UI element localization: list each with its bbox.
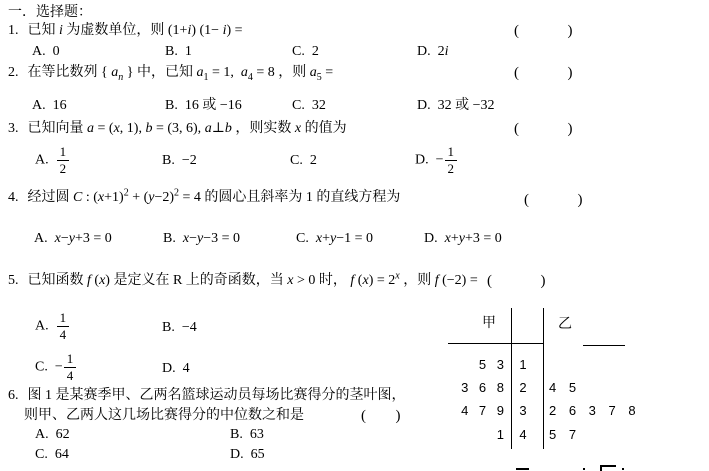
stemleaf-row3-stem: 3 — [515, 403, 531, 418]
stemleaf-right-header: 乙 — [558, 317, 572, 333]
question-4-option-a: A. x−y+3 = 0 — [34, 230, 112, 248]
question-4-number: 4. — [8, 189, 28, 207]
question-5-stem-text: 已知函数 f (x) 是定义在 R 上的奇函数，当 x > 0 时， f (x)… — [28, 273, 478, 288]
question-5-option-d: D. 4 — [162, 360, 190, 378]
question-6-stem-line1: 6.图 1 是某赛季甲、乙两名篮球运动员每场比赛得分的茎叶图， — [8, 387, 406, 405]
question-1-stem: 1.已知 i 为虚数单位，则 (1+i) (1− i) = — [8, 22, 243, 40]
stemleaf-row3-right: 2 6 3 7 8 — [549, 403, 636, 418]
question-4-stem-text: 经过圆 C : (x+1)2 + (y−2)2 = 4 的圆心且斜率为 1 的直… — [28, 190, 401, 205]
question-6-option-c: C. 64 — [35, 446, 69, 464]
stemleaf-row2-right: 4 5 — [549, 380, 576, 395]
question-6-option-a: A. 62 — [35, 426, 70, 444]
question-2-number: 2. — [8, 64, 28, 82]
question-2-option-c: C. 32 — [292, 97, 326, 115]
cutoff-text-fragment — [583, 468, 585, 470]
question-6-option-b: B. 63 — [230, 426, 264, 444]
stemleaf-header-underline — [448, 343, 544, 344]
stemleaf-right-underline — [583, 345, 625, 346]
stemleaf-row1-stem: 1 — [515, 357, 531, 372]
question-2-option-d: D. 32 或 −32 — [417, 97, 495, 115]
question-3-answer-blank: ( ) — [514, 120, 574, 138]
stemleaf-row2-left: 3 6 8 — [448, 380, 504, 395]
cutoff-text-fragment — [516, 468, 529, 470]
stemleaf-row4-left: 1 — [448, 427, 504, 442]
question-6-answer-blank: ( ) — [361, 407, 402, 425]
question-2-option-b: B. 16 或 −16 — [165, 97, 242, 115]
question-2-answer-blank: ( ) — [514, 64, 574, 82]
question-3-number: 3. — [8, 120, 28, 138]
question-4-option-c: C. x+y−1 = 0 — [296, 230, 373, 248]
question-4-option-b: B. x−y−3 = 0 — [163, 230, 240, 248]
question-1-option-c: C. 2 — [292, 43, 319, 61]
question-3-stem: 3.已知向量 a = (x, 1), b = (3, 6), a⊥b ，则实数 … — [8, 120, 347, 138]
question-5-answer-blank: ( ) — [487, 272, 547, 290]
question-5-option-c: C. −14 — [35, 351, 77, 383]
question-6-stem-text-line1: 图 1 是某赛季甲、乙两名篮球运动员每场比赛得分的茎叶图， — [28, 388, 406, 403]
stemleaf-row1-left: 5 3 — [448, 357, 504, 372]
question-1-option-d: D. 2i — [417, 43, 449, 61]
stemleaf-vertical-line-right — [543, 308, 544, 449]
question-3-option-c: C. 2 — [290, 152, 317, 170]
question-6-option-d: D. 65 — [230, 446, 265, 464]
question-5-number: 5. — [8, 272, 28, 290]
stemleaf-row4-right: 5 7 — [549, 427, 576, 442]
stemleaf-row3-left: 4 7 9 — [448, 403, 504, 418]
question-1-option-b: B. 1 — [165, 43, 192, 61]
question-6-number: 6. — [8, 387, 28, 405]
question-4-stem: 4.经过圆 C : (x+1)2 + (y−2)2 = 4 的圆心且斜率为 1 … — [8, 189, 400, 207]
question-3-option-b: B. −2 — [162, 152, 197, 170]
question-1-answer-blank: ( ) — [514, 22, 574, 40]
question-1-stem-text: 已知 i 为虚数单位，则 (1+i) (1− i) = — [28, 23, 243, 38]
question-1-option-a: A. 0 — [32, 43, 60, 61]
question-3-stem-text: 已知向量 a = (x, 1), b = (3, 6), a⊥b ，则实数 x … — [28, 121, 347, 136]
cutoff-radical-fragment — [600, 465, 616, 471]
question-1-number: 1. — [8, 22, 28, 40]
question-3-option-d: D. −12 — [415, 144, 458, 176]
question-2-option-a: A. 16 — [32, 97, 67, 115]
question-2-stem-text: 在等比数列 { an } 中，已知 a1 = 1, a4 = 8 ，则 a5 = — [28, 65, 334, 80]
stemleaf-left-header: 甲 — [482, 316, 496, 332]
cutoff-text-fragment — [622, 468, 624, 470]
question-6-stem-line2: 则甲、乙两人这几场比赛得分的中位数之和是 — [24, 407, 304, 425]
question-4-option-d: D. x+y+3 = 0 — [424, 230, 502, 248]
exam-page: 一．选择题： 1.已知 i 为虚数单位，则 (1+i) (1− i) = ( )… — [0, 0, 709, 471]
question-5-option-a: A. 14 — [35, 310, 70, 342]
question-5-stem: 5.已知函数 f (x) 是定义在 R 上的奇函数，当 x > 0 时， f (… — [8, 272, 478, 290]
question-4-answer-blank: ( ) — [524, 191, 584, 209]
stemleaf-vertical-line-left — [511, 308, 512, 449]
question-5-option-b: B. −4 — [162, 319, 197, 337]
stemleaf-row2-stem: 2 — [515, 380, 531, 395]
section-title: 一．选择题： — [8, 4, 92, 22]
stemleaf-row4-stem: 4 — [515, 427, 531, 442]
question-2-stem: 2.在等比数列 { an } 中，已知 a1 = 1, a4 = 8 ，则 a5… — [8, 64, 333, 82]
question-3-option-a: A. 12 — [35, 144, 70, 176]
